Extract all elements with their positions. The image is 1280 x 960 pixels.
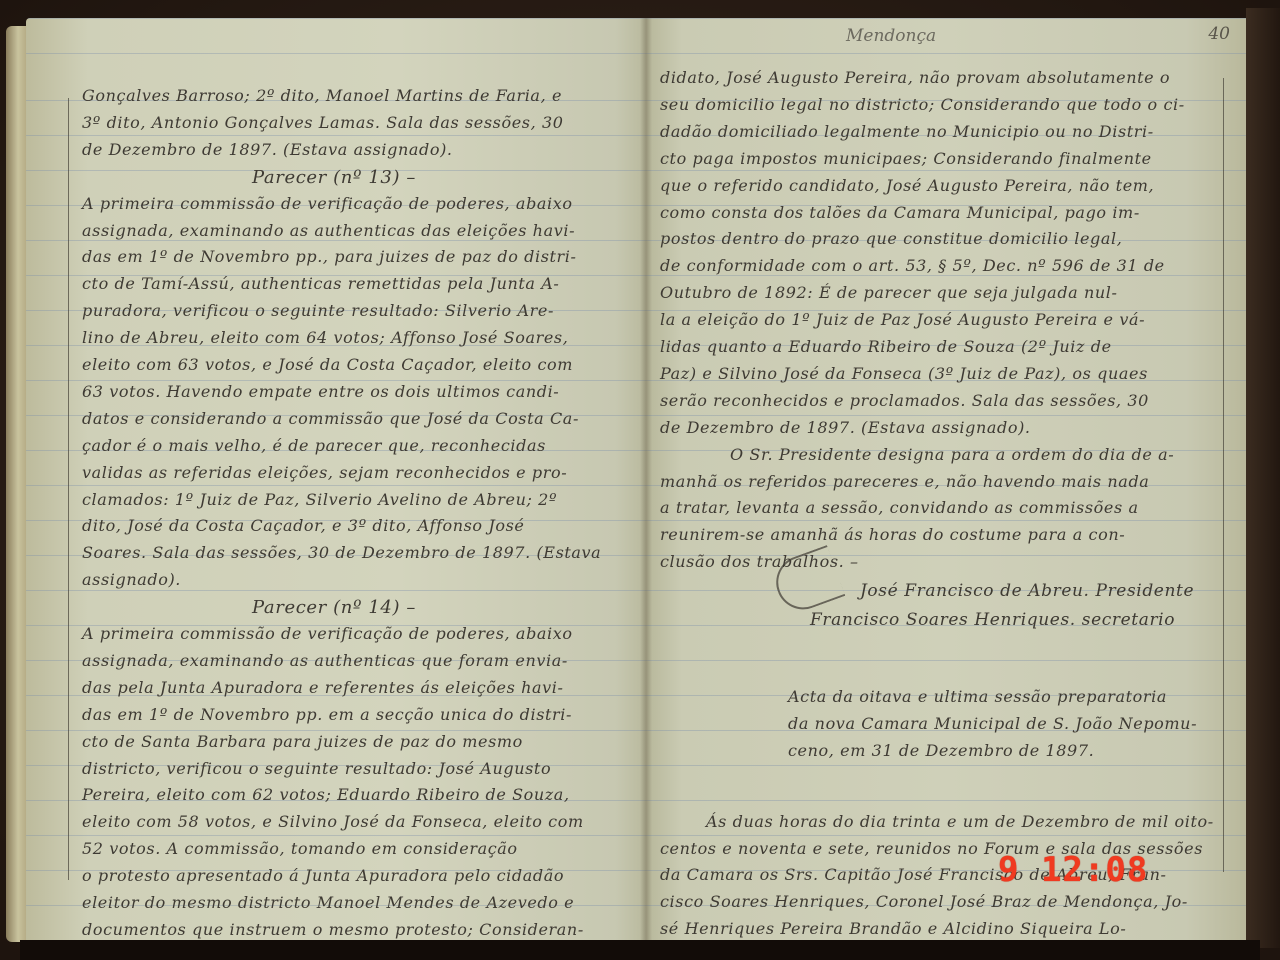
text-line: postos dentro do prazo que constitue dom… [660,229,1122,248]
text-line: de Dezembro de 1897. (Estava assignado). [82,140,453,159]
text-line: reunirem-se amanhã ás horas do costume p… [660,525,1125,544]
book-binding [1246,8,1280,948]
text-line: seu domicilio legal no districto; Consid… [660,95,1185,114]
text-line: Pereira, eleito com 62 votos; Eduardo Ri… [82,785,570,804]
text-line: O Sr. Presidente designa para a ordem do… [730,445,1174,464]
text-line: cto de Tamí-Assú, authenticas remettidas… [82,274,559,293]
section-heading: Parecer (nº 13) – [252,167,416,188]
text-line: puradora, verificou o seguinte resultado… [82,301,554,320]
left-page-text: Gonçalves Barroso; 2º dito, Manoel Marti… [82,18,642,918]
text-line: eleito com 58 votos, e Silvino José da F… [82,812,584,831]
text-line: datos e considerando a commissão que Jos… [82,409,579,428]
text-line: cisco Soares Henriques, Coronel José Bra… [660,892,1188,911]
signature: José Francisco de Abreu. Presidente [860,581,1194,601]
text-line: lino de Abreu, eleito com 64 votos; Affo… [82,328,568,347]
text-line: çador é o mais velho, é de parecer que, … [82,436,546,455]
text-line: la a eleição do 1º Juiz de Paz José Augu… [660,310,1145,329]
text-line: eleitor do mesmo districto Manoel Mendes… [82,893,574,912]
text-line: de Dezembro de 1897. (Estava assignado). [660,418,1031,437]
text-line: Ás duas horas do dia trinta e um de Deze… [706,812,1214,831]
signature: Francisco Soares Henriques. secretario [810,610,1175,630]
text-line: de conformidade com o art. 53, § 5º, Dec… [660,256,1165,275]
text-line: o protesto apresentado á Junta Apuradora… [82,866,564,885]
text-line: cto de Santa Barbara para juizes de paz … [82,732,523,751]
text-line: lidas quanto a Eduardo Ribeiro de Souza … [660,337,1112,356]
text-line: a tratar, levanta a sessão, convidando a… [660,498,1139,517]
text-line: dito, José da Costa Caçador, e 3º dito, … [82,516,524,535]
section-heading: Parecer (nº 14) – [252,597,416,618]
book-gutter [640,18,652,940]
text-line: assignado). [82,570,181,589]
margin-line [68,98,69,880]
text-line: Soares. Sala das sessões, 30 de Dezembro… [82,543,601,562]
text-line: A primeira commissão de verificação de p… [82,194,573,213]
text-line: serão reconhecidos e proclamados. Sala d… [660,391,1149,410]
text-line: cto paga impostos municipaes; Consideran… [660,149,1152,168]
text-line: Gonçalves Barroso; 2º dito, Manoel Marti… [82,86,562,105]
text-line: sé Henriques Pereira Brandão e Alcidino … [660,919,1126,938]
open-ledger: Gonçalves Barroso; 2º dito, Manoel Marti… [0,0,1280,960]
minutes-title-line: Acta da oitava e ultima sessão preparato… [788,687,1167,706]
text-line: documentos que instruem o mesmo protesto… [82,920,584,939]
text-line: eleito com 63 votos, e José da Costa Caç… [82,355,573,374]
right-page: Mendonça 40 didato, José Augusto Pereira… [646,18,1246,940]
minutes-title-line: ceno, em 31 de Dezembro de 1897. [788,741,1094,760]
text-line: assignada, examinando as authenticas que… [82,651,568,670]
text-line: 52 votos. A commissão, tomando em consid… [82,839,518,858]
text-line: 3º dito, Antonio Gonçalves Lamas. Sala d… [82,113,564,132]
text-line: como consta dos talões da Camara Municip… [660,203,1140,222]
text-line: manhã os referidos pareceres e, não have… [660,472,1149,491]
text-line: das pela Junta Apuradora e referentes ás… [82,678,564,697]
left-page: Gonçalves Barroso; 2º dito, Manoel Marti… [26,18,646,940]
book-shadow [20,940,1260,960]
camera-timestamp: 9 12:08 [998,850,1148,890]
text-line: 63 votos. Havendo empate entre os dois u… [82,382,559,401]
text-line: Paz) e Silvino José da Fonseca (3º Juiz … [660,364,1148,383]
text-line: clamados: 1º Juiz de Paz, Silverio Aveli… [82,490,557,509]
text-line: didato, José Augusto Pereira, não provam… [660,68,1170,87]
text-line: A primeira commissão de verificação de p… [82,624,573,643]
minutes-title-line: da nova Camara Municipal de S. João Nepo… [788,714,1197,733]
text-line: dadão domiciliado legalmente no Municipi… [660,122,1154,141]
text-line: validas as referidas eleições, sejam rec… [82,463,567,482]
text-line: districto, verificou o seguinte resultad… [82,759,551,778]
text-line: que o referido candidato, José Augusto P… [660,176,1154,195]
text-line: das em 1º de Novembro pp., para juizes d… [82,247,577,266]
text-line: assignada, examinando as authenticas das… [82,221,575,240]
text-line: Outubro de 1892: É de parecer que seja j… [660,283,1118,302]
text-line: das em 1º de Novembro pp. em a secção un… [82,705,572,724]
right-page-text: didato, José Augusto Pereira, não provam… [660,18,1230,918]
